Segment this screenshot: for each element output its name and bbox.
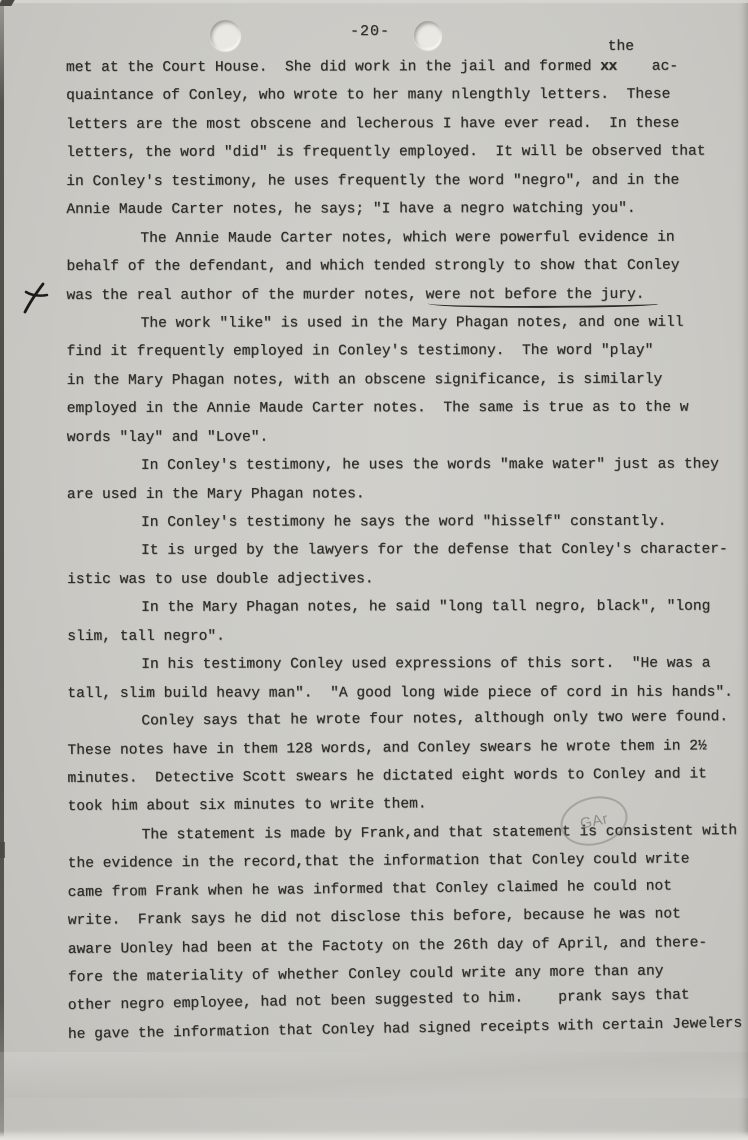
text-line: letters, the word "did" is frequently em… [66,138,748,168]
text-segment: words "lay" and "Love". [67,429,268,445]
text-line: slim, tall negro". [67,621,748,651]
text-line: letters are the most obscene and lechero… [66,109,748,139]
paper-crease [0,1052,748,1098]
text-segment: It is urged by the lawyers for the defen… [141,542,728,559]
text-line: It is urged by the lawyers for the defen… [67,536,748,566]
text-segment: tall, slim build heavy man". "A good lon… [67,684,733,701]
text-line: in the Mary Phagan notes, with an obscen… [67,365,748,395]
text-segment: istic was to use double adjectives. [67,571,374,588]
text-line: Conley says that he wrote four notes, al… [67,703,748,737]
text-segment: ac- [643,59,678,75]
text-segment: was the real author of the murder notes, [66,287,425,304]
text-segment: The work "like" is used in the Mary Phag… [141,315,684,332]
text-segment: other negro employee, had not been sugge… [68,988,690,1015]
text-line: The work "like" is used in the Mary Phag… [67,308,748,338]
page-number: -20- [350,23,390,40]
text-segment: The statement is made by Frank,and that … [142,823,738,843]
text-segment: letters are the most obscene and lechero… [66,116,679,133]
text-segment: Conley says that he wrote four notes, al… [141,709,728,729]
text-segment: minutes. Detective Scott swears he dicta… [67,766,706,787]
text-line: Annie Maude Carter notes, he says; "I ha… [66,195,748,225]
text-segment: In Conley's testimony, he uses the words… [141,457,719,474]
text-line: met at the Court House. She did work in … [66,53,748,83]
scanned-document-page: -20- met at the Court House. She did wor… [0,0,748,1140]
text-segment: in Conley's testimony, he uses frequentl… [66,172,679,189]
text-segment: came from Frank when he was informed tha… [68,878,672,901]
text-line: In Conley's testimony he says the word "… [67,508,748,538]
text-segment: These notes have in them 128 words, and … [67,738,706,759]
text-segment: met at the Court House. She did work in … [66,59,600,76]
text-segment: took him about six minutes to write them… [68,797,427,816]
text-segment: In Conley's testimony he says the word "… [141,514,667,531]
text-line: words "lay" and "Love". [67,422,748,452]
scan-left-edge [0,0,4,1140]
text-line: was the real author of the murder notes,… [66,280,748,310]
scan-bottom-edge [0,1131,748,1140]
text-segment: behalf of the defendant, and which tende… [66,258,679,275]
scan-blemish [0,842,5,858]
text-line: istic was to use double adjectives. [67,564,748,594]
text-line: In Conley's testimony, he uses the words… [67,451,748,481]
text-segment: write. Frank says he did not disclose th… [68,906,681,929]
text-segment: In his testimony Conley used expressions… [141,656,710,673]
text-line: In the Mary Phagan notes, he said "long … [67,593,748,623]
text-segment-struck: xxthe [600,59,643,75]
punch-hole-right [414,21,442,50]
text-segment: employed in the Annie Maude Carter notes… [67,400,689,417]
text-line: find it frequently employed in Conley's … [67,337,748,367]
text-segment: the evidence in the record,that the info… [68,852,690,873]
text-segment: are used in the Mary Phagan notes. [67,486,365,503]
text-segment: in the Mary Phagan notes, with an obscen… [67,372,663,389]
text-line: employed in the Annie Maude Carter notes… [67,394,748,424]
text-line: are used in the Mary Phagan notes. [67,479,748,509]
interlined-insertion: the [608,39,634,55]
text-segment: letters, the word "did" is frequently em… [66,144,705,161]
text-line: In his testimony Conley used expressions… [67,650,748,680]
margin-x-mark [20,281,52,317]
typed-text: met at the Court House. She did work in … [66,53,748,1050]
text-segment: find it frequently employed in Conley's … [67,343,654,360]
text-line: in Conley's testimony, he uses frequentl… [66,166,748,196]
text-line: The Annie Maude Carter notes, which were… [66,223,748,253]
punch-hole-left [210,20,241,51]
stamp-text: GAr [578,810,609,832]
text-segment-underline: were not before the jury. [426,286,645,302]
text-segment: quaintance of Conley, who wrote to her m… [66,87,670,104]
scan-top-edge [0,0,748,3]
text-segment: aware Uonley had been at the Factoty on … [68,935,707,958]
text-segment: he gave the information that Conley had … [68,1015,743,1042]
text-segment: slim, tall negro". [67,628,225,644]
text-segment: Annie Maude Carter notes, he says; "I ha… [66,201,635,218]
text-line: quaintance of Conley, who wrote to her m… [66,81,748,111]
text-line: behalf of the defendant, and which tende… [66,252,748,282]
text-segment: In the Mary Phagan notes, he said "long … [141,599,710,616]
text-segment: The Annie Maude Carter notes, which were… [140,229,674,246]
scan-blemish [0,0,15,6]
